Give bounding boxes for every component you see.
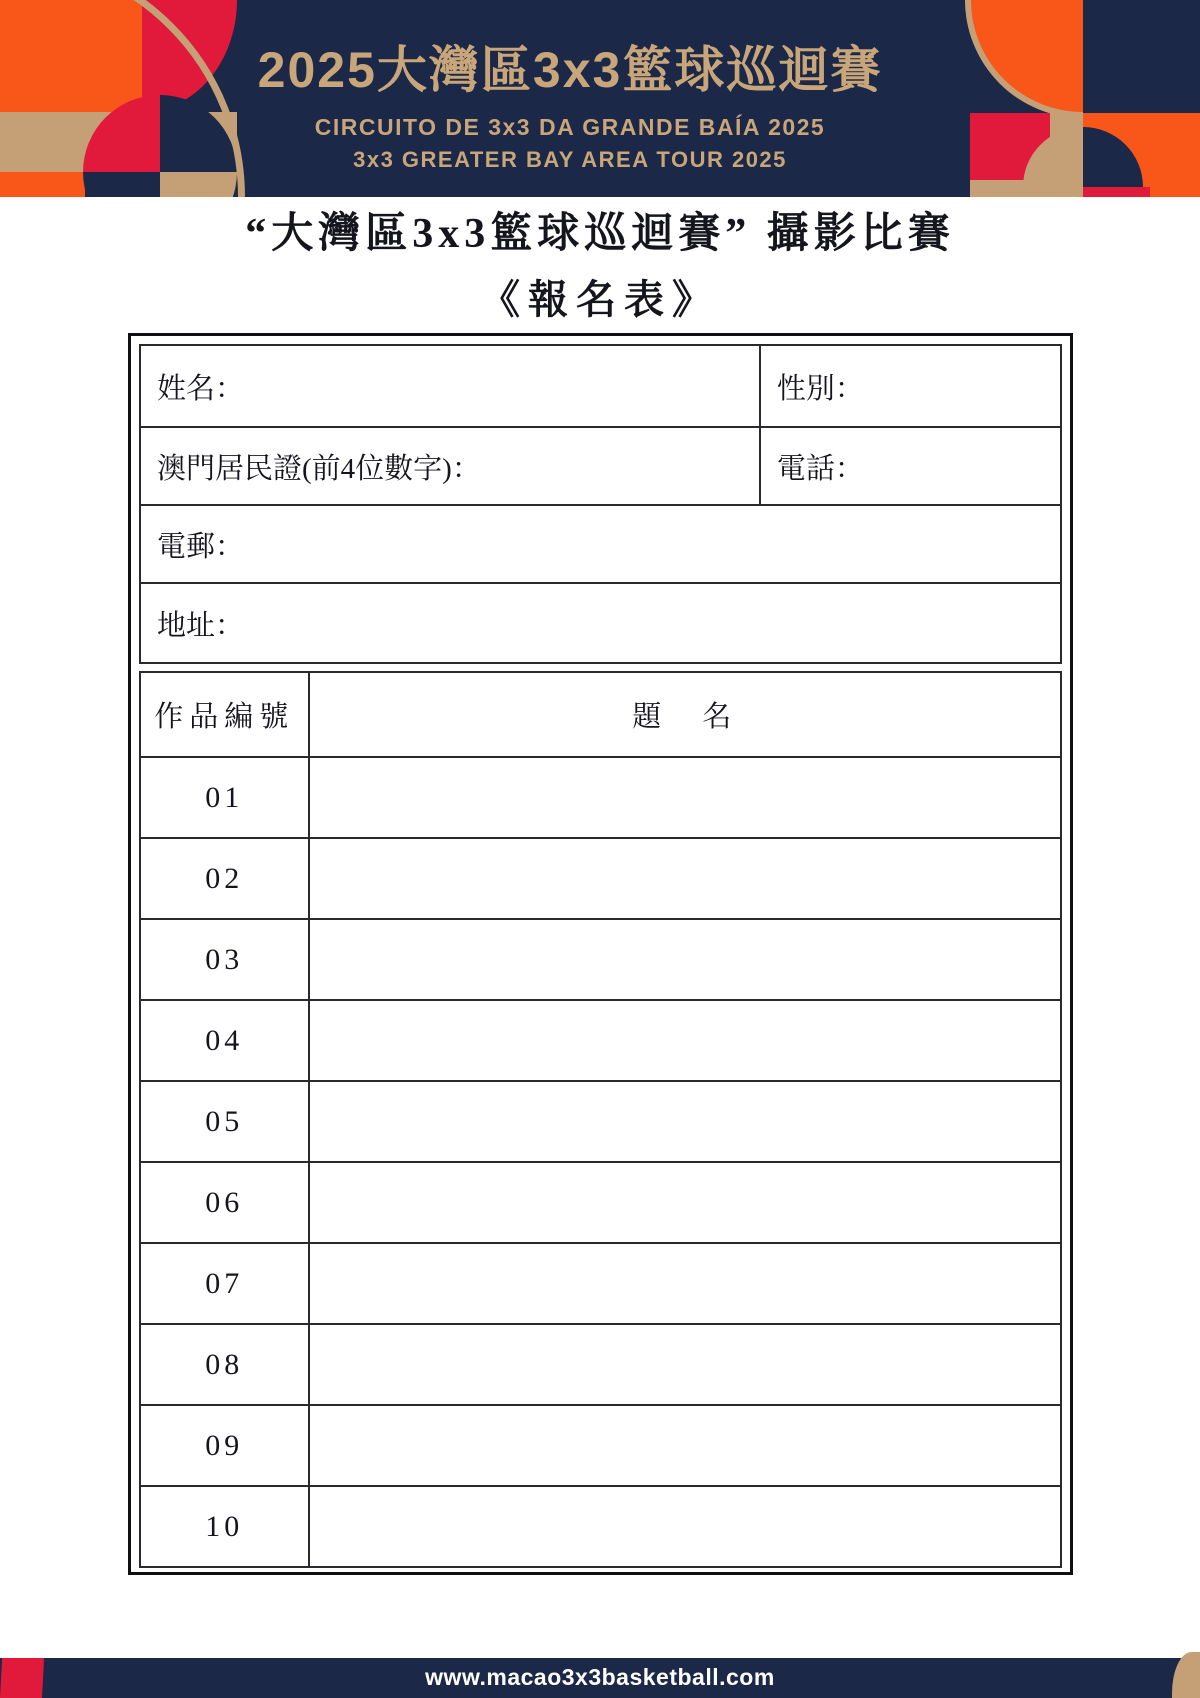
table-row: 06 bbox=[140, 1162, 1061, 1243]
email-field-cell[interactable]: 電郵： bbox=[140, 505, 1061, 583]
table-row: 02 bbox=[140, 838, 1061, 919]
name-field-cell[interactable]: 姓名： bbox=[140, 345, 760, 427]
work-number-cell: 07 bbox=[140, 1243, 309, 1324]
banner-text-block: 2025大灣區3x3籃球巡迴賽 CIRCUITO DE 3x3 DA GRAND… bbox=[0, 0, 1140, 197]
registration-form-page: 2025大灣區3x3籃球巡迴賽 CIRCUITO DE 3x3 DA GRAND… bbox=[0, 0, 1200, 1698]
works-list-table: 作品編號 題 名 01 02 03 04 05 bbox=[139, 671, 1062, 1568]
work-number-cell: 03 bbox=[140, 919, 309, 1000]
work-number-cell: 05 bbox=[140, 1081, 309, 1162]
work-title-input-cell[interactable] bbox=[309, 1162, 1061, 1243]
work-title-input-cell[interactable] bbox=[309, 757, 1061, 838]
work-number-cell: 08 bbox=[140, 1324, 309, 1405]
website-url: www.macao3x3basketball.com bbox=[0, 1664, 1200, 1691]
work-number-cell: 10 bbox=[140, 1486, 309, 1567]
work-title-input-cell[interactable] bbox=[309, 1000, 1061, 1081]
table-row: 地址： bbox=[140, 583, 1061, 663]
table-row: 08 bbox=[140, 1324, 1061, 1405]
personal-info-table: 姓名： 性別： 澳門居民證(前4位數字)： 電話： 電郵： 地址： bbox=[139, 344, 1062, 664]
form-title-competition: “大灣區3x3籃球巡迴賽” 攝影比賽 bbox=[0, 200, 1200, 260]
column-header-work-title: 題 名 bbox=[309, 672, 1061, 757]
form-title-registration: 《報名表》 bbox=[0, 268, 1200, 325]
footer-bar: www.macao3x3basketball.com bbox=[0, 1658, 1200, 1698]
event-title-cjk: 2025大灣區3x3籃球巡迴賽 bbox=[0, 30, 1140, 102]
table-row: 03 bbox=[140, 919, 1061, 1000]
event-subtitle-portuguese: CIRCUITO DE 3x3 DA GRANDE BAÍA 2025 bbox=[0, 114, 1140, 141]
work-number-cell: 04 bbox=[140, 1000, 309, 1081]
work-title-input-cell[interactable] bbox=[309, 838, 1061, 919]
work-title-input-cell[interactable] bbox=[309, 1324, 1061, 1405]
work-number-cell: 02 bbox=[140, 838, 309, 919]
table-row: 04 bbox=[140, 1000, 1061, 1081]
form-title-section: “大灣區3x3籃球巡迴賽” 攝影比賽 《報名表》 bbox=[0, 200, 1200, 325]
decor-orange-strip-right bbox=[1150, 187, 1200, 197]
registration-form-box: 姓名： 性別： 澳門居民證(前4位數字)： 電話： 電郵： 地址： 作品編號 題… bbox=[128, 333, 1073, 1575]
event-banner: 2025大灣區3x3籃球巡迴賽 CIRCUITO DE 3x3 DA GRAND… bbox=[0, 0, 1200, 197]
work-title-input-cell[interactable] bbox=[309, 1486, 1061, 1567]
gender-field-cell[interactable]: 性別： bbox=[760, 345, 1061, 427]
address-field-cell[interactable]: 地址： bbox=[140, 583, 1061, 663]
work-title-input-cell[interactable] bbox=[309, 1405, 1061, 1486]
work-title-input-cell[interactable] bbox=[309, 1081, 1061, 1162]
table-row: 姓名： 性別： bbox=[140, 345, 1061, 427]
table-row: 01 bbox=[140, 757, 1061, 838]
phone-field-cell[interactable]: 電話： bbox=[760, 427, 1061, 505]
works-table-header-row: 作品編號 題 名 bbox=[140, 672, 1061, 757]
work-title-input-cell[interactable] bbox=[309, 919, 1061, 1000]
work-number-cell: 01 bbox=[140, 757, 309, 838]
column-header-work-number: 作品編號 bbox=[140, 672, 309, 757]
table-row: 07 bbox=[140, 1243, 1061, 1324]
work-number-cell: 09 bbox=[140, 1405, 309, 1486]
table-row: 澳門居民證(前4位數字)： 電話： bbox=[140, 427, 1061, 505]
table-row: 05 bbox=[140, 1081, 1061, 1162]
table-row: 10 bbox=[140, 1486, 1061, 1567]
event-subtitle-english: 3x3 GREATER BAY AREA TOUR 2025 bbox=[0, 147, 1140, 173]
work-number-cell: 06 bbox=[140, 1162, 309, 1243]
table-row: 09 bbox=[140, 1405, 1061, 1486]
id-field-cell[interactable]: 澳門居民證(前4位數字)： bbox=[140, 427, 760, 505]
table-row: 電郵： bbox=[140, 505, 1061, 583]
work-title-input-cell[interactable] bbox=[309, 1243, 1061, 1324]
